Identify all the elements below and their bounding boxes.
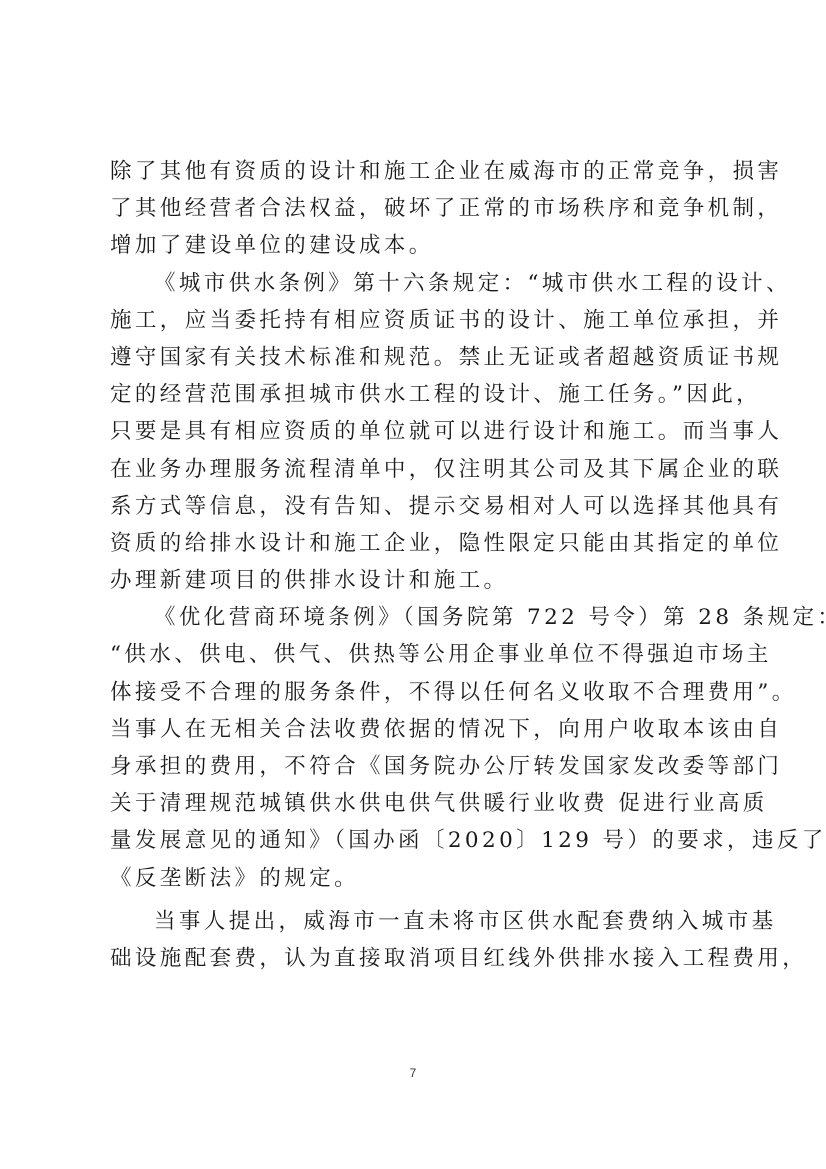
text-line: 《城市供水条例》第十六条规定：“城市供水工程的设计、: [110, 265, 718, 302]
paragraph-4: 当事人提出，威海市一直未将市区供水配套费纳入城市基 础设施配套费，认为直接取消项…: [110, 903, 718, 977]
body-text: 除了其他有资质的设计和施工企业在威海市的正常竞争，损害 了其他经营者合法权益，破…: [110, 153, 718, 977]
text-line: 办理新建项目的供排水设计和施工。: [110, 562, 718, 599]
paragraph-2: 《城市供水条例》第十六条规定：“城市供水工程的设计、 施工，应当委托持有相应资质…: [110, 265, 718, 600]
text-line: 《优化营商环境条例》（国务院第 722 号令）第 28 条规定：: [110, 599, 718, 636]
document-page: 除了其他有资质的设计和施工企业在威海市的正常竞争，损害 了其他经营者合法权益，破…: [0, 0, 826, 1169]
text-line: 施工，应当委托持有相应资质证书的设计、施工单位承担，并: [110, 302, 718, 339]
text-line: 除了其他有资质的设计和施工企业在威海市的正常竞争，损害: [110, 153, 718, 190]
text-line: 当事人在无相关合法收费依据的情况下，向用户收取本该由自: [110, 711, 718, 748]
text-line: 体接受不合理的服务条件，不得以任何名义收取不合理费用”。: [110, 674, 718, 711]
paragraph-1: 除了其他有资质的设计和施工企业在威海市的正常竞争，损害 了其他经营者合法权益，破…: [110, 153, 718, 265]
text-line: 在业务办理服务流程清单中，仅注明其公司及其下属企业的联: [110, 451, 718, 488]
text-line: 增加了建设单位的建设成本。: [110, 227, 718, 264]
page-number: 7: [0, 1066, 826, 1080]
text-line: 资质的给排水设计和施工企业，隐性限定只能由其指定的单位: [110, 525, 718, 562]
text-line: 了其他经营者合法权益，破坏了正常的市场秩序和竞争机制，: [110, 190, 718, 227]
text-line: 定的经营范围承担城市供水工程的设计、施工任务。”因此，: [110, 376, 718, 413]
text-line: 遵守国家有关技术标准和规范。禁止无证或者超越资质证书规: [110, 339, 718, 376]
text-line: 系方式等信息，没有告知、提示交易相对人可以选择其他具有: [110, 488, 718, 525]
text-line: 量发展意见的通知》（国办函〔2020〕129 号）的要求，违反了: [110, 822, 718, 859]
text-line: 关于清理规范城镇供水供电供气供暖行业收费 促进行业高质: [110, 785, 718, 822]
text-line: 身承担的费用，不符合《国务院办公厅转发国家发改委等部门: [110, 748, 718, 785]
text-line: 只要是具有相应资质的单位就可以进行设计和施工。而当事人: [110, 413, 718, 450]
paragraph-3: 《优化营商环境条例》（国务院第 722 号令）第 28 条规定： “供水、供电、…: [110, 599, 718, 897]
text-line: 《反垄断法》的规定。: [110, 860, 718, 897]
text-line: 当事人提出，威海市一直未将市区供水配套费纳入城市基: [110, 903, 718, 940]
text-line: “供水、供电、供气、供热等公用企事业单位不得强迫市场主: [110, 636, 718, 673]
text-line: 础设施配套费，认为直接取消项目红线外供排水接入工程费用，: [110, 940, 718, 977]
